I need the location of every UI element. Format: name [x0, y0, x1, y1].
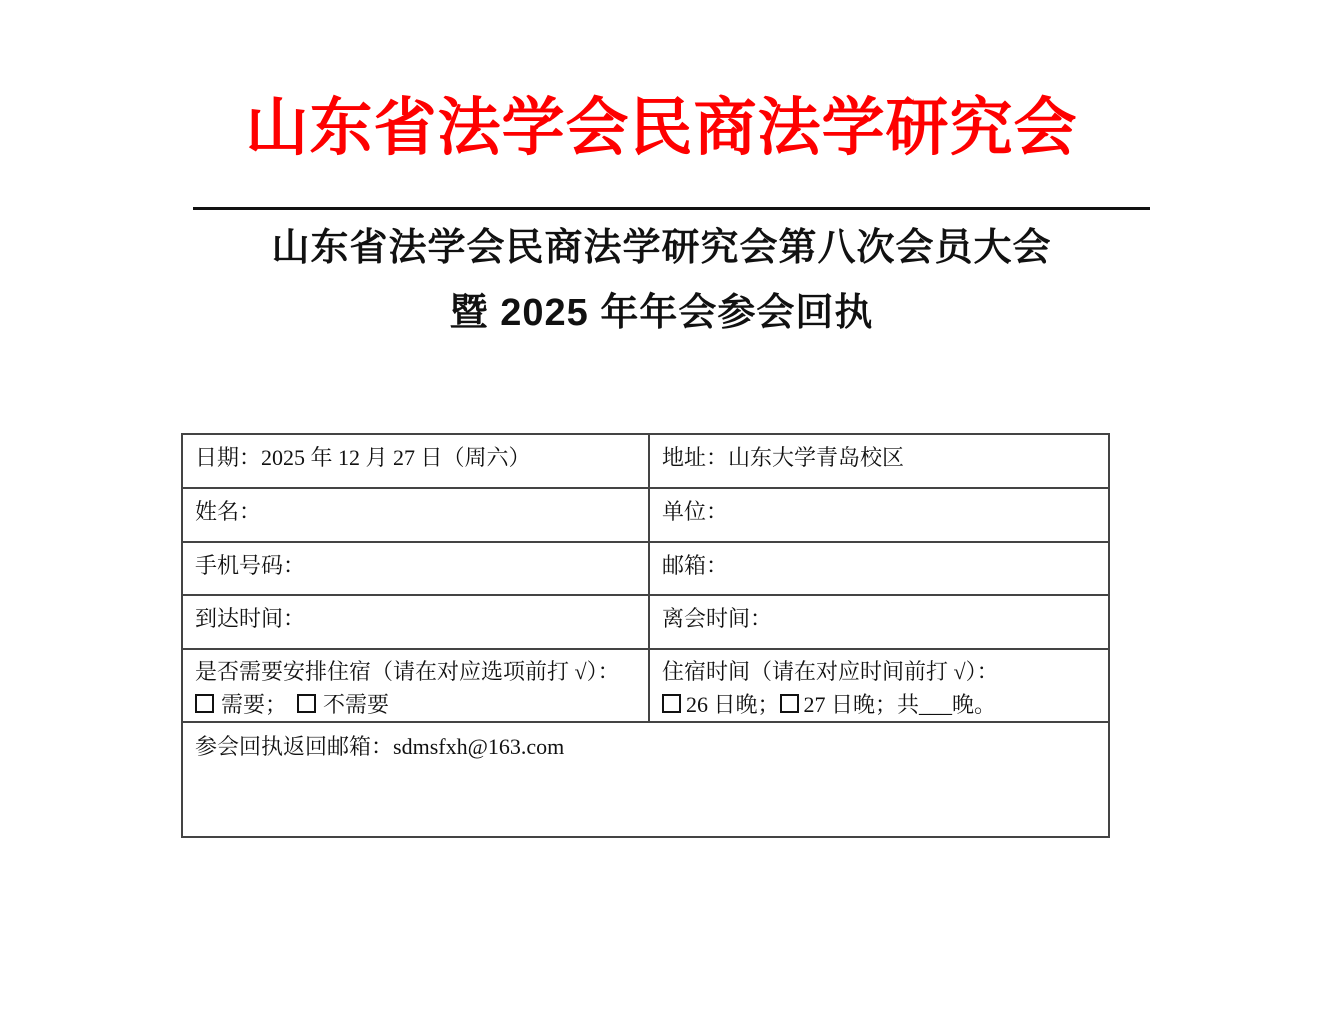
- registration-form-table: 日期：2025 年 12 月 27 日（周六） 地址：山东大学青岛校区 姓名： …: [181, 433, 1110, 838]
- arrival-time-field: 到达时间：: [182, 595, 649, 649]
- reply-email: sdmsfxh@163.com: [393, 734, 564, 759]
- checkbox-need-icon[interactable]: [195, 694, 214, 713]
- lodging-need-field: 是否需要安排住宿（请在对应选项前打 √）： 需要；不需要: [182, 649, 649, 722]
- unit-field: 单位：: [649, 488, 1109, 542]
- lodging-time-field: 住宿时间（请在对应时间前打 √）： 26 日晚；27 日晚；共___晚。: [649, 649, 1109, 722]
- table-row: 日期：2025 年 12 月 27 日（周六） 地址：山东大学青岛校区: [182, 434, 1109, 488]
- lodging-time-question: 住宿时间（请在对应时间前打 √）：: [662, 655, 1096, 688]
- date-field: 日期：2025 年 12 月 27 日（周六）: [182, 434, 649, 488]
- table-row: 参会回执返回邮箱：sdmsfxh@163.com: [182, 722, 1109, 837]
- document-page: 山东省法学会民商法学研究会 山东省法学会民商法学研究会第八次会员大会 暨 202…: [0, 0, 1323, 1025]
- email-field: 邮箱：: [649, 542, 1109, 595]
- table-row: 姓名： 单位：: [182, 488, 1109, 542]
- meeting-title-line1: 山东省法学会民商法学研究会第八次会员大会: [0, 228, 1323, 270]
- total-nights-blank: ___: [919, 692, 952, 717]
- phone-field: 手机号码：: [182, 542, 649, 595]
- lodging-need-options: 需要；不需要: [195, 688, 636, 721]
- org-title: 山东省法学会民商法学研究会: [0, 92, 1323, 164]
- reply-email-label: 参会回执返回邮箱：: [195, 734, 393, 759]
- table-row: 到达时间： 离会时间：: [182, 595, 1109, 649]
- checkbox-night-27-icon[interactable]: [780, 694, 799, 713]
- name-field: 姓名：: [182, 488, 649, 542]
- address-field: 地址：山东大学青岛校区: [649, 434, 1109, 488]
- table-row: 手机号码： 邮箱：: [182, 542, 1109, 595]
- total-nights-prefix: 共: [897, 692, 919, 717]
- table-row: 是否需要安排住宿（请在对应选项前打 √）： 需要；不需要 住宿时间（请在对应时间…: [182, 649, 1109, 722]
- option-night-26-label: 26 日晚；: [686, 692, 780, 717]
- title-divider: [193, 207, 1150, 210]
- lodging-time-options: 26 日晚；27 日晚；共___晚。: [662, 688, 1096, 721]
- option-need-label: 需要；: [221, 692, 287, 717]
- option-night-27-label: 27 日晚；: [804, 692, 898, 717]
- total-nights-suffix: 晚。: [952, 692, 996, 717]
- departure-time-field: 离会时间：: [649, 595, 1109, 649]
- meeting-title-line2: 暨 2025 年年会参会回执: [0, 293, 1323, 335]
- option-no-need-label: 不需要: [323, 692, 389, 717]
- checkbox-no-need-icon[interactable]: [297, 694, 316, 713]
- checkbox-night-26-icon[interactable]: [662, 694, 681, 713]
- lodging-need-question: 是否需要安排住宿（请在对应选项前打 √）：: [195, 655, 636, 688]
- reply-email-field: 参会回执返回邮箱：sdmsfxh@163.com: [182, 722, 1109, 837]
